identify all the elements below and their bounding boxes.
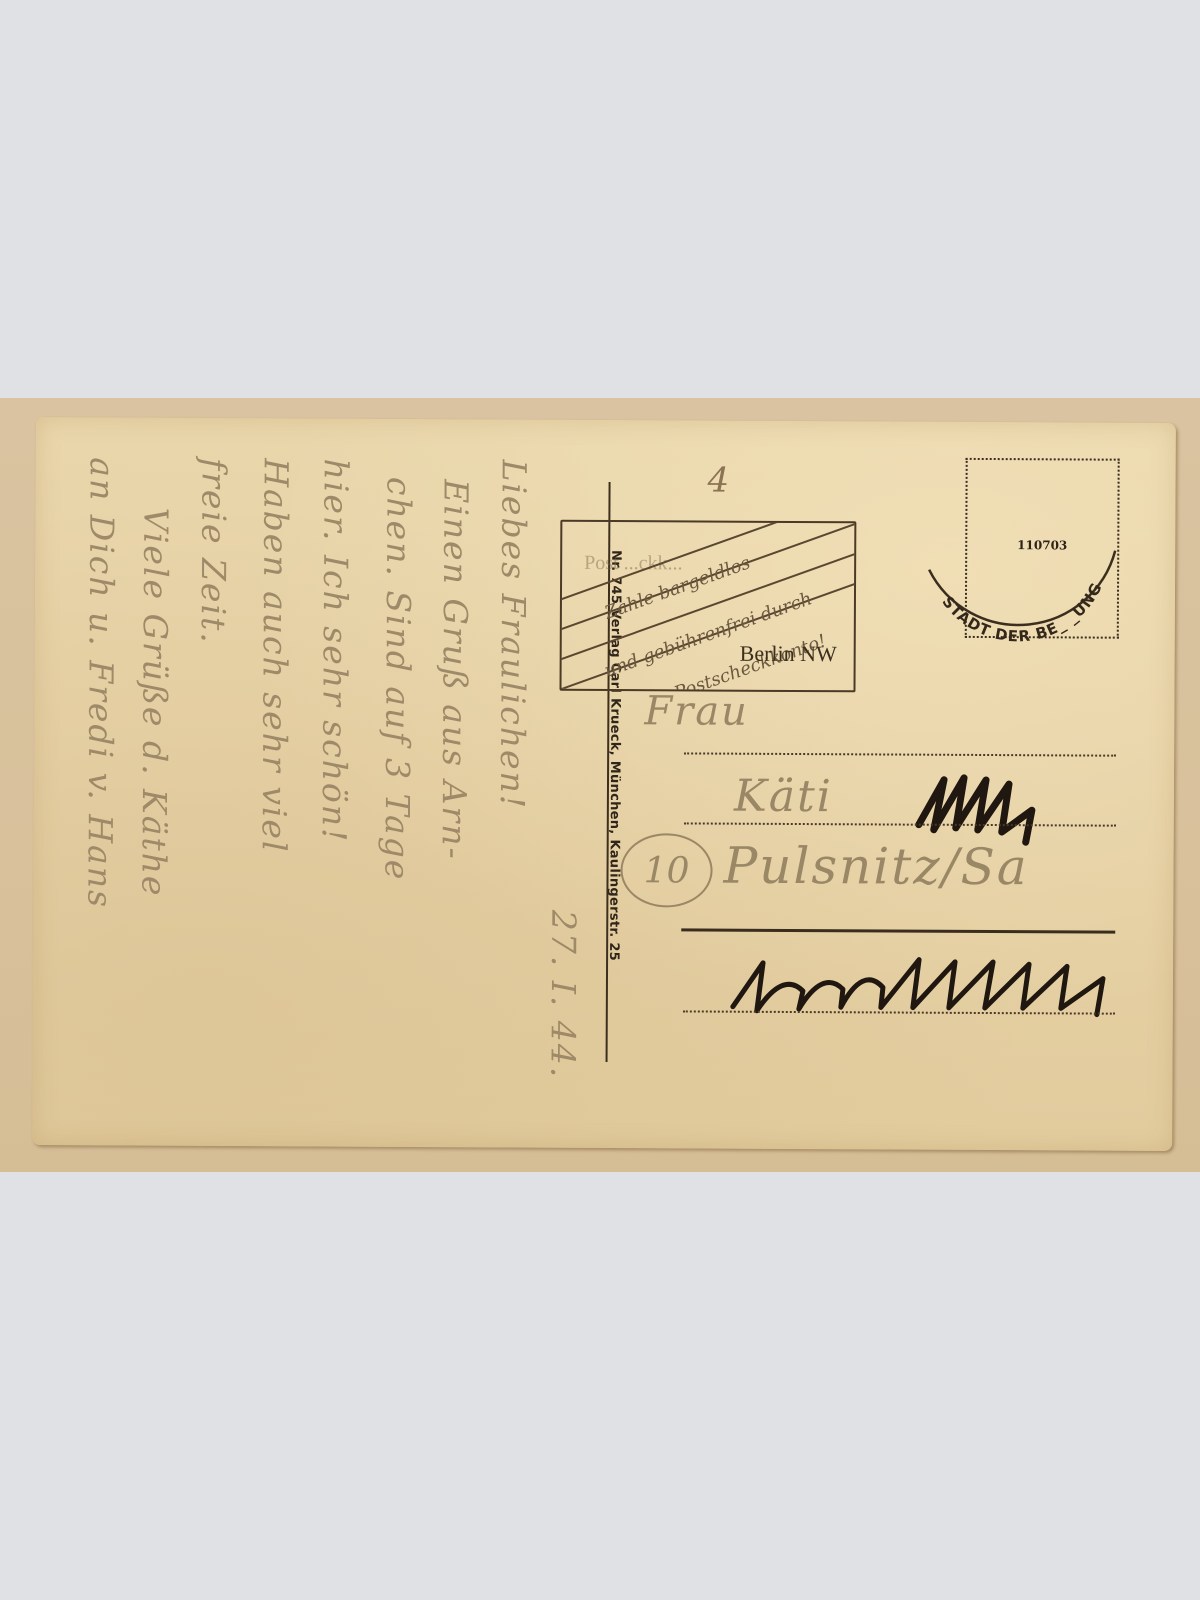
message-line-4: Haben auch sehr viel <box>255 458 296 853</box>
postcard: Liebes Fraulichen! Einen Gruß aus Arn- c… <box>32 417 1176 1151</box>
address-dotted-line-1 <box>684 752 1116 756</box>
meter-slogan-box: Post ...ckk... Zahle bargeldlos und gebü… <box>559 520 856 693</box>
address-dotted-line-2 <box>684 822 1116 826</box>
postmark-stamp: STADT DER BE_ _UNG <box>906 530 1131 721</box>
svg-text:STADT DER BE_ _UNG: STADT DER BE_ _UNG <box>938 579 1106 646</box>
message-line-3: hier. Ich sehr schön! <box>315 458 356 843</box>
postal-zone-circle: 10 <box>620 833 712 907</box>
message-date: 27. I. 44. <box>543 910 583 1080</box>
message-line-5: freie Zeit. <box>194 458 234 645</box>
address-solid-line <box>681 928 1115 933</box>
message-line-2: chen. Sind auf 3 Tage <box>377 477 418 882</box>
message-line-7: an Dich u. Fredi v. Hans <box>80 457 121 909</box>
message-salutation: Liebes Fraulichen! <box>493 459 534 810</box>
address-line-2: Käti <box>734 771 833 823</box>
message-line-6: Viele Grüße d. Käthe <box>134 508 175 898</box>
address-line-3: Pulsnitz/Sa <box>723 837 1028 897</box>
postmark-text: STADT DER BE_ _UNG <box>938 579 1106 646</box>
message-line-1: Einen Gruß aus Arn- <box>435 479 476 861</box>
meter-city: Berlin NW <box>740 641 837 668</box>
address-line-1: Frau <box>644 688 749 735</box>
pencil-mark: 4 <box>707 461 729 501</box>
